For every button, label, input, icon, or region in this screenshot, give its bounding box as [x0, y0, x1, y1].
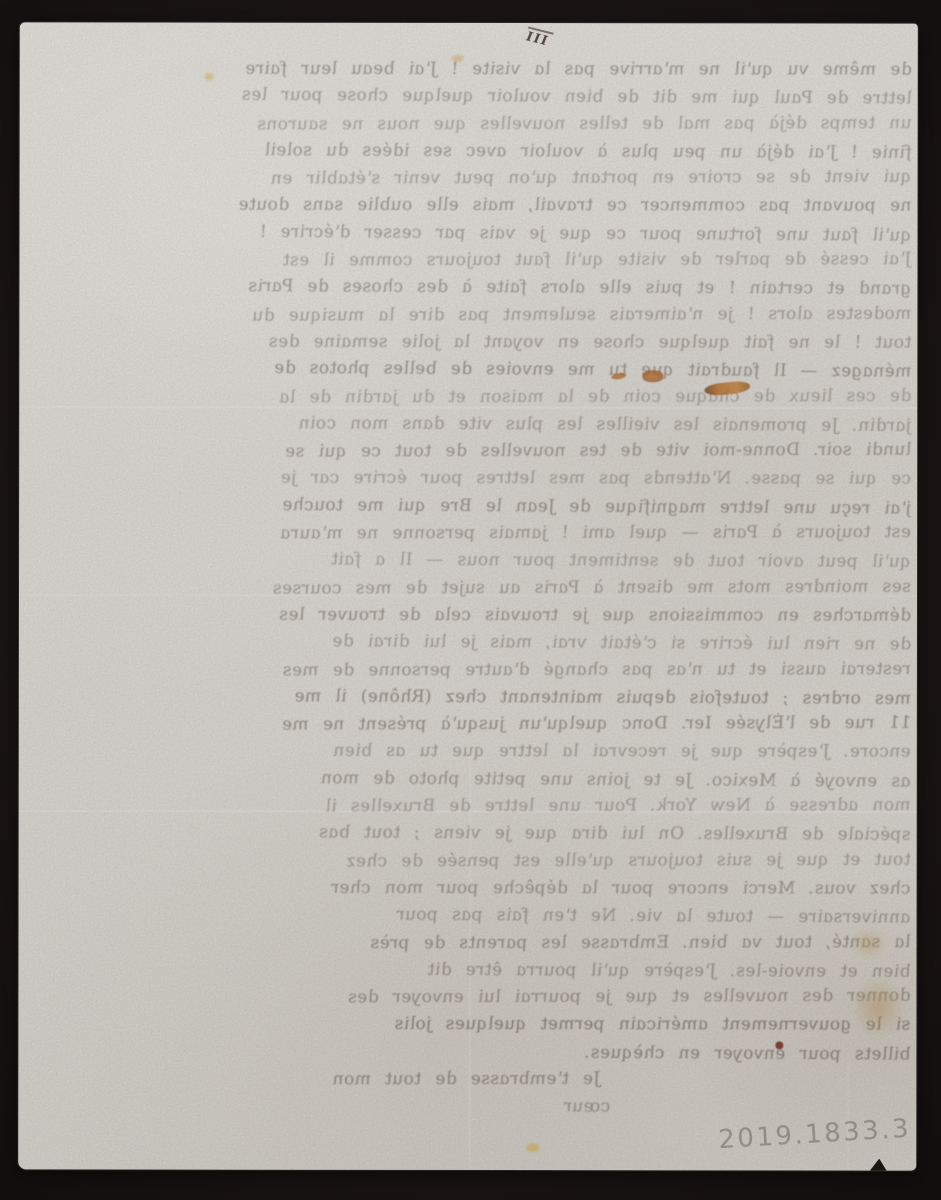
handwriting-line: finie ! J'ai déjà un peu plus à vouloir …	[26, 139, 912, 170]
handwriting-line: Je t'embrasse de tout mon	[24, 1068, 910, 1097]
handwriting-line: démarches en commissions que je trouvais…	[25, 604, 911, 633]
handwriting-line: est toujours à Paris — quel ami ! jamais…	[25, 522, 911, 551]
handwriting-line: donner des nouvelles et que je pourrai l…	[24, 986, 910, 1016]
mirrored-handwriting-block: de même vu qu'il ne m'arrive pas la visi…	[24, 58, 911, 1124]
handwriting-line: 11 rue de l'Élysée Ier. Donc quelqu'un j…	[25, 713, 911, 743]
handwriting-line: chez vous. Merci encore pour la dépêche …	[25, 877, 911, 906]
handwriting-line: tout et que je suis toujours qu'elle est…	[25, 849, 911, 879]
handwriting-line: anniversaire — toute la vie. Ne t'en fai…	[24, 903, 910, 935]
paper-edge-notch	[869, 1159, 887, 1171]
handwriting-line: ménagez — Il faudrait que tu me envoies …	[25, 357, 911, 389]
handwriting-line: J'ai cessé de parler de visite qu'il fau…	[25, 249, 911, 278]
handwriting-line: grand et certain ! et puis elle alors fa…	[25, 276, 911, 307]
handwriting-line: modestes alors ! je n'aimerais seulement…	[25, 303, 911, 333]
handwriting-line: de ces lieux de chaque coin de la maison…	[25, 386, 911, 415]
handwriting-line: as envoyé à Mexico. Je te joins une peti…	[25, 766, 911, 798]
letter-sheet: III de même vu qu'il ne m'arrive pas la …	[18, 22, 918, 1170]
handwriting-line: billets pour envoyer en chèques.	[24, 1039, 910, 1071]
handwriting-line: qu'il peut avoir tout de sentiment pour …	[25, 549, 911, 580]
photo-backdrop: III de même vu qu'il ne m'arrive pas la …	[0, 0, 941, 1200]
handwriting-line: j'ai reçu une lettre magnifique de Jean …	[25, 493, 911, 525]
handwriting-line: qu'il faut une fortune pour ce que je va…	[25, 220, 911, 252]
handwriting-line: encore. J'espère que je recevrai la lett…	[25, 741, 911, 770]
handwriting-line: ses moindres mots me disent à Paris au s…	[25, 576, 911, 606]
handwriting-line: mon adresse à New York. Pour une lettre …	[25, 795, 911, 824]
handwriting-line: ne pouvant pas commencer ce travail, mai…	[26, 195, 912, 224]
handwriting-line: de ne rien lui écrire si c'était vrai, m…	[25, 630, 911, 662]
handwriting-line: qui vient de se croire en portant qu'on …	[26, 167, 912, 197]
handwriting-line: lundi soir. Donne-moi vite de tes nouvel…	[25, 440, 911, 470]
handwriting-line: ce qui se passe. N'attends pas mes lettr…	[25, 468, 911, 497]
handwriting-line: un temps déjà pas mal de telles nouvelle…	[26, 113, 912, 142]
handwriting-line: de même vu qu'il ne m'arrive pas la visi…	[26, 58, 912, 87]
handwriting-line: tout ! le ne fait quelque chose en voyan…	[25, 331, 911, 360]
handwriting-line: si le gouvernement américain permet quel…	[24, 1014, 910, 1043]
handwriting-line: bien et envoie-les. J'espère qu'il pourr…	[24, 958, 910, 989]
handwriting-line: jardin. Je promenais les vieilles les pl…	[25, 412, 911, 443]
handwriting-line: spéciale de Bruxelles. On lui dira que j…	[25, 822, 911, 853]
handwriting-line: lettre de Paul qui me dit de bien vouloi…	[26, 84, 912, 116]
handwriting-line: resterai aussi et tu n'as pas changé d'a…	[25, 659, 911, 688]
handwriting-line: la santé, tout va bien. Embrasse les par…	[24, 932, 910, 961]
handwriting-line: mes ordres ; toutefois depuis maintenant…	[25, 685, 911, 716]
